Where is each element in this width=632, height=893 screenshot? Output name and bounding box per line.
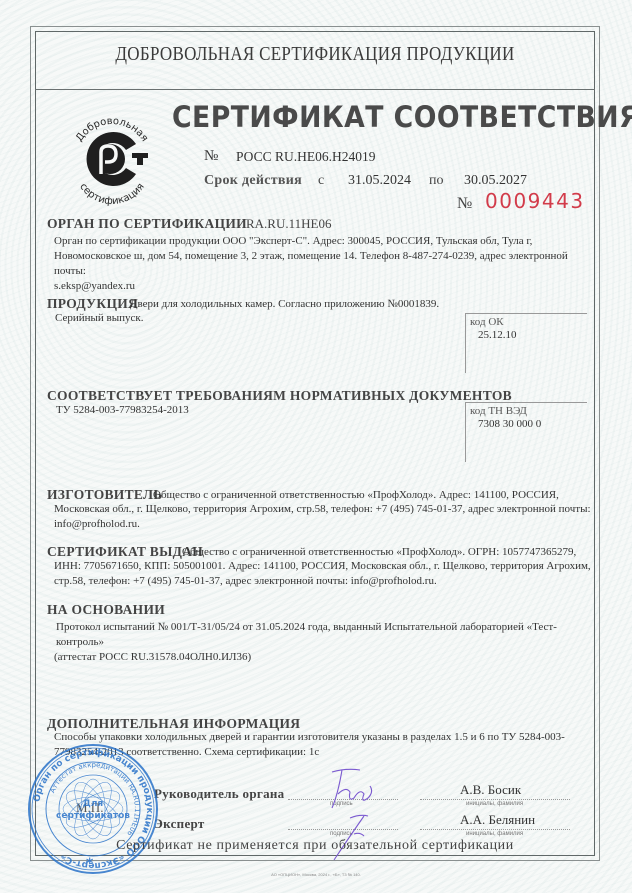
validity-to-label: по	[429, 173, 444, 189]
cert-number: РОСС RU.HE06.H24019	[236, 149, 375, 165]
expert-name-line	[420, 829, 570, 830]
printer-imprint: АО «ОПЦИОН», Москва, 2024 г., «Б», Т3 № …	[0, 872, 632, 877]
validity-from-label: с	[318, 173, 324, 189]
head-name: А.В. Босик	[460, 782, 521, 798]
code-ok-box: код ОК 25.12.10	[465, 313, 587, 373]
issued-to-line: стр.58, телефон: +7 (495) 745-01-37, адр…	[54, 574, 594, 589]
footer-note: Сертификат не применяется при обязательн…	[35, 838, 595, 854]
head-name-line	[420, 799, 570, 800]
cert-number-label: №	[204, 148, 218, 165]
issued-to-details: ИНН: 7705671650, КПП: 505001001. Адрес: …	[54, 559, 594, 589]
code-tnved-box: код ТН ВЭД 7308 30 000 0	[465, 402, 587, 462]
cert-body-email: s.eksp@yandex.ru	[54, 279, 594, 294]
cert-body-line: Новомосковское ш, дом 54, помещение 3, 2…	[54, 249, 594, 279]
validity-to: 30.05.2027	[464, 173, 527, 189]
certification-stamp-icon: Орган по сертификации продукции ООО «Экс…	[26, 742, 160, 876]
stamp-center-line2: сертификатов	[56, 811, 130, 821]
head-label: Руководитель органа	[154, 786, 284, 802]
manufacturer-email: info@profholod.ru.	[54, 517, 594, 532]
cert-body-details: Орган по сертификации продукции ООО "Экс…	[54, 234, 594, 294]
page-title: СЕРТИФИКАТ СООТВЕТСТВИЯ	[172, 100, 632, 134]
manufacturer-name: Общество с ограниченной ответственностью…	[153, 488, 559, 503]
code-tnved-label: код ТН ВЭД	[470, 405, 527, 417]
expert-label: Эксперт	[154, 816, 205, 832]
expert-name: А.А. Белянин	[460, 812, 535, 828]
manufacturer-line: Московская обл., г. Щелково, территория …	[54, 502, 594, 517]
expert-name-caption: инициалы, фамилия	[466, 831, 523, 837]
blank-number: 0009443	[485, 189, 585, 213]
basis-line: (аттестат РОСС RU.31578.04ОЛН0.ИЛ36)	[54, 650, 599, 665]
code-tnved-value: 7308 30 000 0	[478, 418, 541, 430]
blank-number-label: №	[457, 195, 472, 213]
issued-to-name: Общество с ограниченной ответственностью…	[182, 545, 576, 560]
cert-body-code: RA.RU.11HE06	[246, 216, 331, 232]
document-category: ДОБРОВОЛЬНАЯ СЕРТИФИКАЦИЯ ПРОДУКЦИИ	[35, 43, 595, 66]
header-divider	[35, 89, 595, 90]
product-heading: ПРОДУКЦИЯ	[47, 296, 138, 312]
manufacturer-heading: ИЗГОТОВИТЕЛЬ	[47, 487, 163, 503]
compliance-document: ТУ 5284-003-77983254-2013	[56, 403, 189, 418]
head-name-caption: инициалы, фамилия	[466, 801, 523, 807]
code-ok-label: код ОК	[470, 316, 504, 328]
manufacturer-details: Московская обл., г. Щелково, территория …	[54, 502, 594, 532]
code-ok-value: 25.12.10	[478, 329, 517, 341]
issued-to-heading: СЕРТИФИКАТ ВЫДАН	[47, 544, 203, 560]
product-serial: Серийный выпуск.	[55, 311, 144, 326]
product-description: Двери для холодильных камер. Согласно пр…	[130, 297, 439, 312]
cert-body-line: Орган по сертификации продукции ООО "Экс…	[54, 234, 594, 249]
validity-from: 31.05.2024	[348, 173, 411, 189]
basis-line: Протокол испытаний № 001/Т-31/05/24 от 3…	[54, 620, 599, 650]
basis-heading: НА ОСНОВАНИИ	[47, 602, 165, 618]
cert-body-heading: ОРГАН ПО СЕРТИФИКАЦИИ	[47, 216, 247, 232]
svg-text:*: *	[86, 856, 94, 872]
validity-label: Срок действия	[204, 173, 302, 189]
issued-to-line: ИНН: 7705671650, КПП: 505001001. Адрес: …	[54, 559, 594, 574]
rst-logo-icon: Добровольная сертификация	[62, 108, 162, 208]
compliance-heading: СООТВЕТСТВУЕТ ТРЕБОВАНИЯМ НОРМАТИВНЫХ ДО…	[47, 388, 512, 404]
stamp-center-line1: Для	[83, 799, 104, 809]
basis-details: Протокол испытаний № 001/Т-31/05/24 от 3…	[54, 620, 599, 665]
